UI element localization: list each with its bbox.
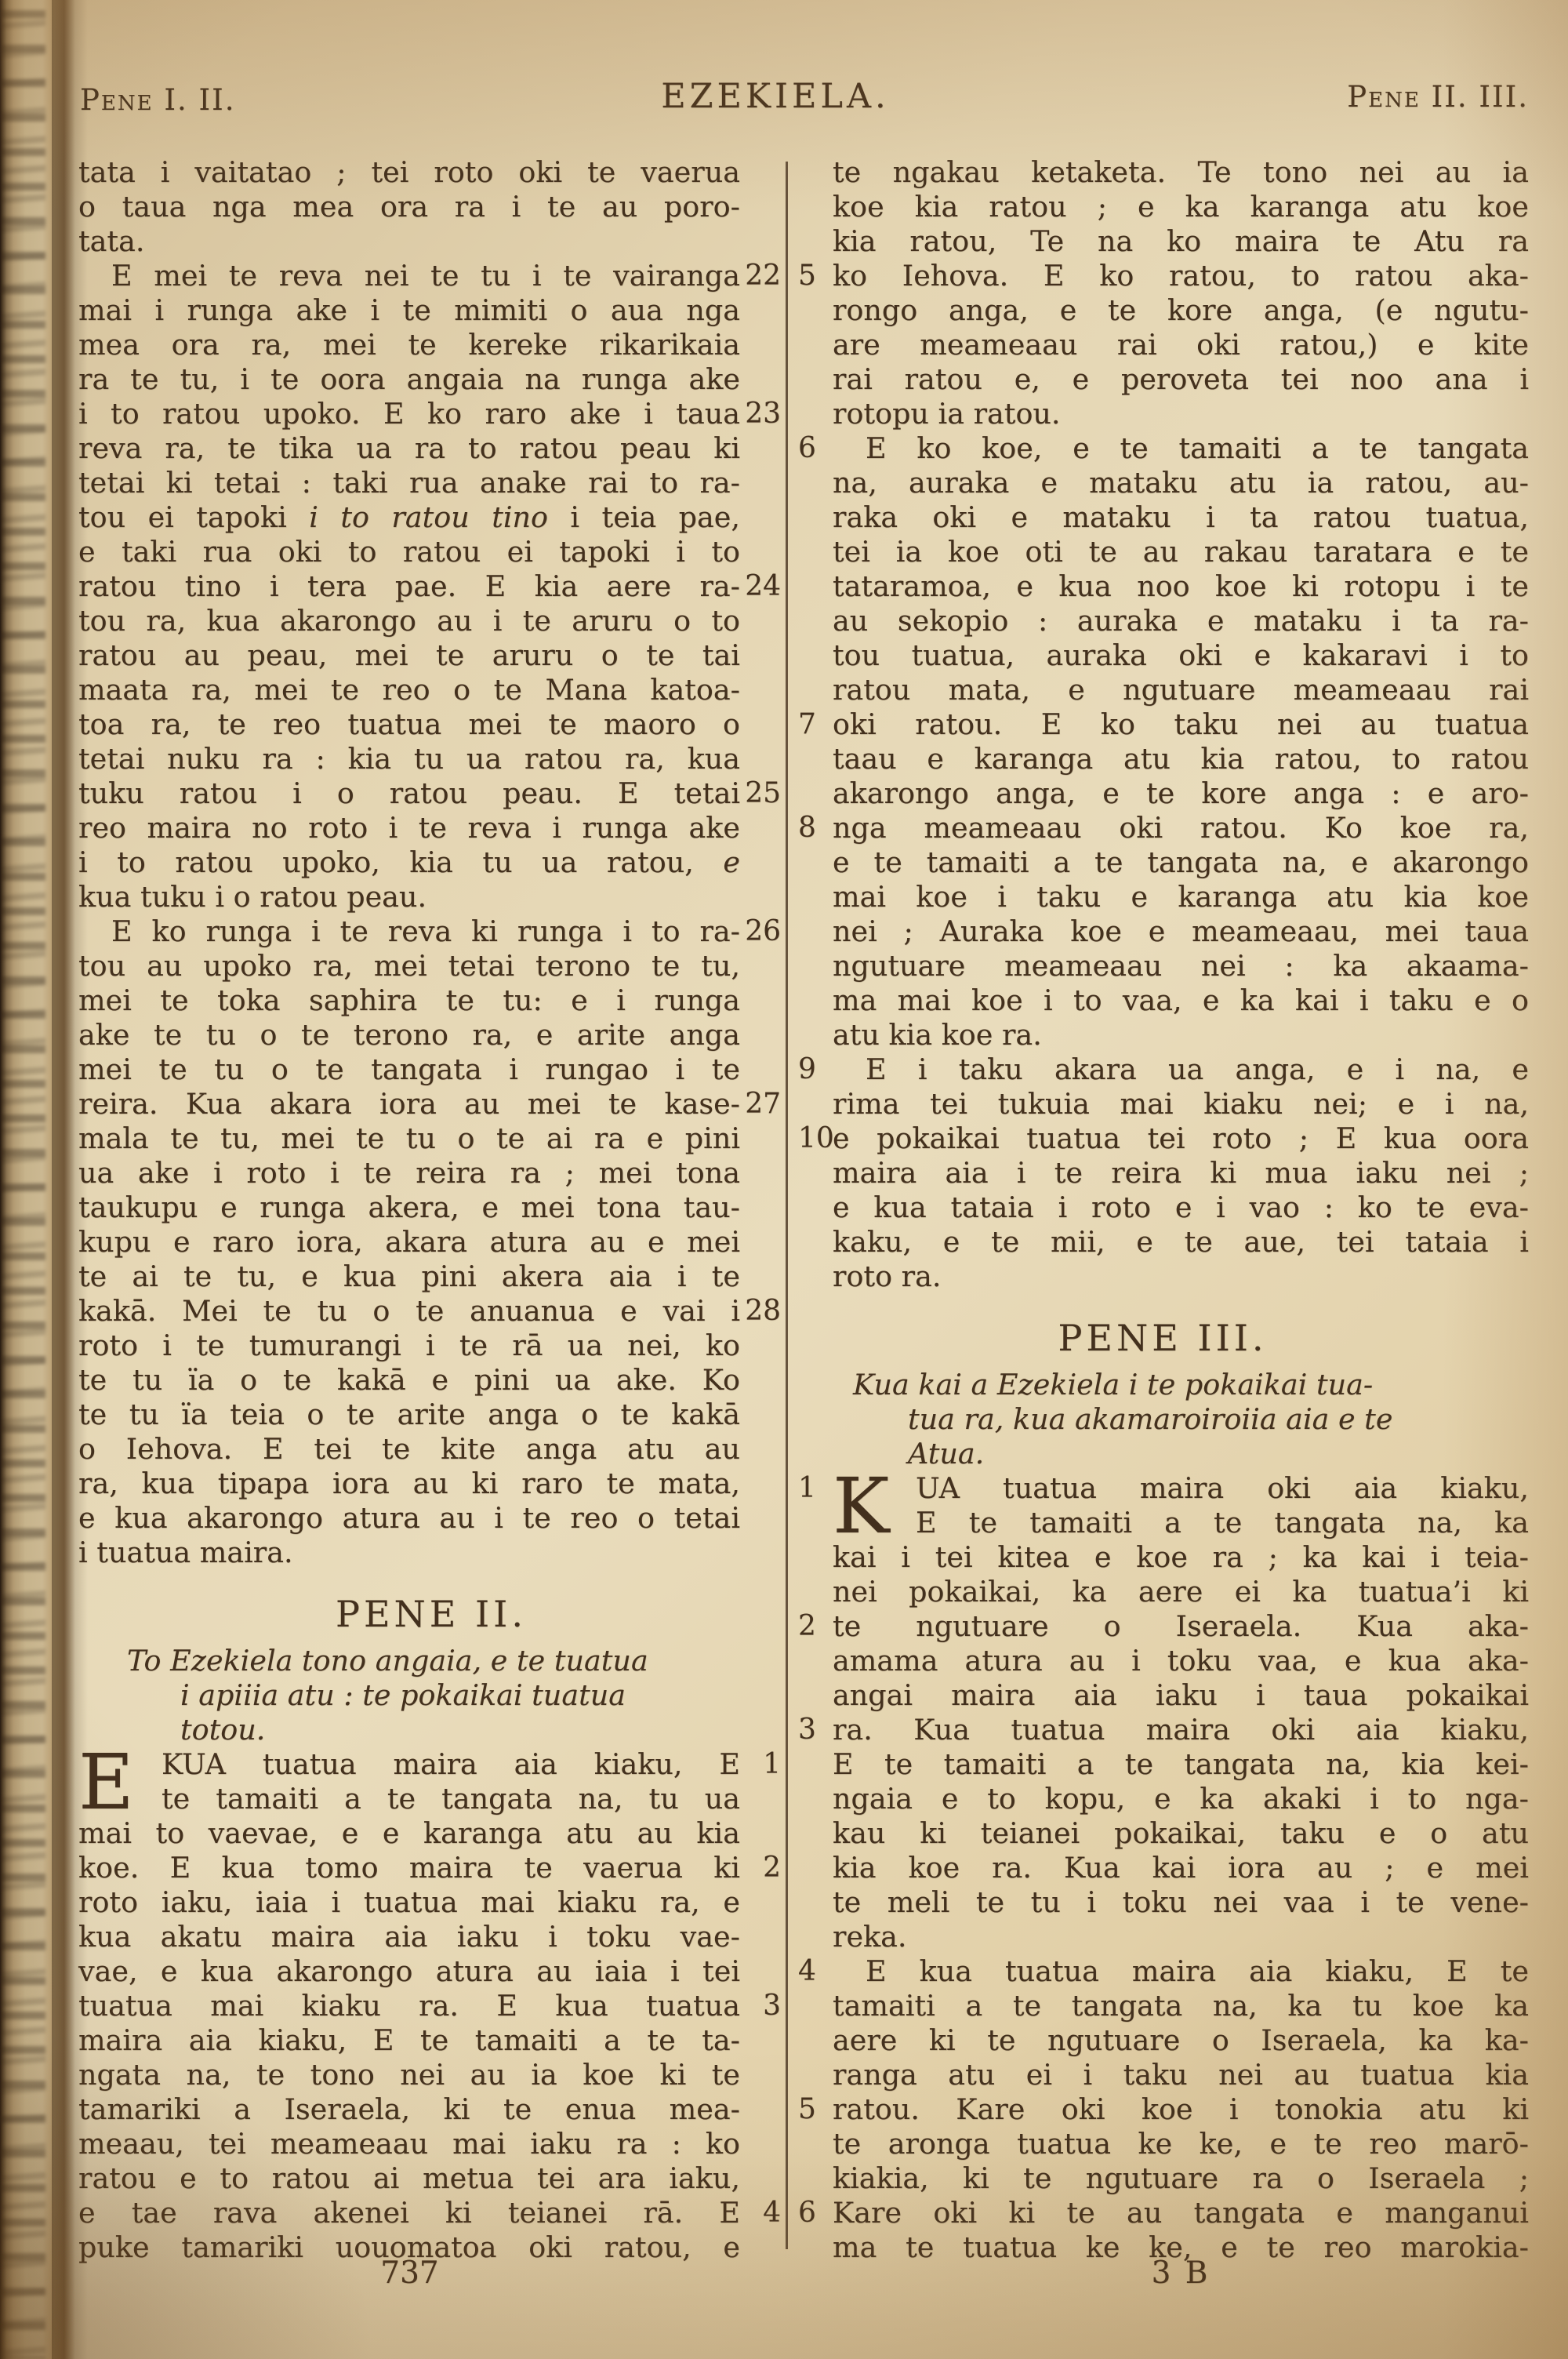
chapter-summary-line: tua ra, kua akamaroiroiia aia e te: [797, 1402, 1529, 1437]
running-head-right: Pene II. III.: [1347, 80, 1529, 114]
text-line: are meameaau rai oki ratou,) e kite: [797, 328, 1529, 362]
text-line: tou ei tapoki i to ratou tino i teia pae…: [78, 500, 784, 535]
text-line: rongo anga, e te kore anga, (e ngutu-: [797, 293, 1529, 328]
previous-page-text-blur: [0, 0, 45, 2359]
text-line: UA tuatua maira oki aia kiaku,1K: [797, 1471, 1529, 1506]
verse-number: 3: [798, 1713, 816, 1747]
text-line: kia ratou, Te na ko maira te Atu ra: [797, 224, 1529, 259]
text-line: ratou tino i tera pae. E kia aere ra-24: [78, 569, 784, 604]
verse-number: 27: [745, 1087, 781, 1121]
text-line: kakā. Mei te tu o te anuanua e vai i28: [78, 1294, 784, 1329]
text-line: kua akatu maira aia iaku i toku vae-: [78, 1920, 784, 1954]
text-line: reo maira no roto i te reva i runga ake: [78, 811, 784, 845]
text-line: raka oki e mataku i ta ratou tuatua,: [797, 500, 1529, 535]
verse-number: 1: [763, 1747, 781, 1782]
text-line: mala te tu, mei te tu o te ai ra e pini: [78, 1121, 784, 1156]
text-line: o Iehova. E tei te kite anga atu au: [78, 1432, 784, 1467]
verse-number: 2: [763, 1851, 781, 1885]
text-line: te ngakau ketaketa. Te tono nei au ia: [797, 155, 1529, 190]
verse-number: 9: [798, 1052, 816, 1087]
text-line: tetai nuku ra : kia tu ua ratou ra, kua: [78, 742, 784, 776]
text-line: te tu ïa o te kakā e pini ua ake. Ko: [78, 1363, 784, 1398]
chapter-summary-line: To Ezekiela tono angaia, e te tuatua: [78, 1644, 784, 1678]
text-line: E i taku akara ua anga, e i na, e9: [797, 1052, 1529, 1087]
verse-number: 28: [745, 1294, 781, 1329]
text-line: te ai te tu, e kua pini akera aia i te: [78, 1259, 784, 1294]
text-line: e te tamaiti a te tangata na, e akarongo: [797, 845, 1529, 880]
text-line: reira. Kua akara iora au mei te kase-27: [78, 1087, 784, 1121]
text-line: vae, e kua akarongo atura au iaia i tei: [78, 1954, 784, 1989]
verse-number: 24: [745, 569, 781, 604]
text-line: meaau, tei meameaau mai iaku ra : ko: [78, 2127, 784, 2161]
text-line: tata i vaitatao ; tei roto oki te vaerua: [78, 155, 784, 190]
chapter-summary-line: Atua.: [797, 1437, 1529, 1471]
text-line: e taki rua oki to ratou ei tapoki i to: [78, 535, 784, 569]
text-line: atu kia koe ra.: [797, 1018, 1529, 1052]
text-line: E te tamaiti a te tangata na, ka: [797, 1506, 1529, 1540]
text-line: ngata na, te tono nei au ia koe ki te: [78, 2058, 784, 2092]
text-line: mai i runga ake i te mimiti o aua nga: [78, 293, 784, 328]
text-line: rotopu ia ratou.: [797, 397, 1529, 431]
text-line: maira aia kiaku, E te tamaiti a te ta-: [78, 2023, 784, 2058]
text-line: mai koe i taku e karanga atu kia koe: [797, 880, 1529, 914]
verse-number: 7: [798, 707, 816, 742]
text-line: E mei te reva nei te tu i te vairanga22: [78, 259, 784, 293]
text-line: te aronga tuatua ke ke, e te reo marō-: [797, 2127, 1529, 2161]
text-line: nei ; Auraka koe e meameaau, mei taua: [797, 914, 1529, 949]
text-line: E te tamaiti a te tangata na, kia kei-: [797, 1747, 1529, 1782]
text-line: roto ra.: [797, 1259, 1529, 1294]
chapter-summary-line: i apiiia atu : te pokaikai tuatua: [78, 1678, 784, 1713]
signature-mark: 3 B: [833, 2255, 1529, 2291]
chapter-heading: PENE III.: [797, 1307, 1529, 1361]
text-line: au sekopio : auraka e mataku i ta ra-: [797, 604, 1529, 638]
text-line: E ko koe, e te tamaiti a te tangata6: [797, 431, 1529, 466]
verse-number: 22: [745, 259, 781, 293]
verse-number: 5: [798, 2092, 816, 2127]
verse-number: 26: [745, 914, 781, 949]
text-line: ko Iehova. E ko ratou, to ratou aka-5: [797, 259, 1529, 293]
chapter-heading: PENE II.: [78, 1583, 784, 1637]
column-divider-rule: [786, 162, 788, 2249]
verse-number: 10: [798, 1121, 834, 1156]
text-line: mei te tu o te tangata i rungao i te: [78, 1052, 784, 1087]
text-line: E ko runga i te reva ki runga i to ra-26: [78, 914, 784, 949]
text-line: ratou au peau, mei te aruru o te tai: [78, 638, 784, 673]
text-line: reka.: [797, 1920, 1529, 1954]
text-line: ra, kua tipapa iora au ki raro te mata,: [78, 1467, 784, 1501]
text-line: kau ki teianei pokaikai, taku e o atu: [797, 1816, 1529, 1851]
text-line: koe kia ratou ; e ka karanga atu koe: [797, 190, 1529, 224]
chapter-summary-line: Kua kai a Ezekiela i te pokaikai tua-: [797, 1368, 1529, 1402]
text-line: Kare oki ki te au tangata e manganui6: [797, 2196, 1529, 2230]
text-line: maira aia i te reira ki mua iaku nei ;: [797, 1156, 1529, 1190]
text-line: taau e karanga atu kia ratou, to ratou: [797, 742, 1529, 776]
text-line: tou au upoko ra, mei tetai terono te tu,: [78, 949, 784, 983]
text-line: KUA tuatua maira aia kiaku, E1E: [78, 1747, 784, 1782]
text-line: tamariki a Iseraela, ki te enua mea-: [78, 2092, 784, 2127]
text-line: nga meameaau oki ratou. Ko koe ra,8: [797, 811, 1529, 845]
text-line: e tae rava akenei ki teianei rā. E4: [78, 2196, 784, 2230]
text-line: ake te tu o te terono ra, e arite anga: [78, 1018, 784, 1052]
text-line: roto i te tumurangi i te rā ua nei, ko: [78, 1329, 784, 1363]
text-line: maata ra, mei te reo o te Mana katoa-: [78, 673, 784, 707]
text-line: e kua tataia i roto e i vao : ko te eva-: [797, 1190, 1529, 1225]
text-line: tamaiti a te tangata na, ka tu koe ka: [797, 1989, 1529, 2023]
verse-number: 6: [798, 2196, 816, 2230]
text-line: kua tuku i o ratou peau.: [78, 880, 784, 914]
right-text-column: te ngakau ketaketa. Te tono nei au iakoe…: [797, 155, 1529, 2265]
text-line: tataramoa, e kua noo koe ki rotopu i te: [797, 569, 1529, 604]
text-line: te ngutuare o Iseraela. Kua aka-2: [797, 1609, 1529, 1644]
text-line: taukupu e runga akera, e mei tona tau-: [78, 1190, 784, 1225]
verse-number: 3: [763, 1989, 781, 2023]
verse-number: 23: [745, 397, 781, 431]
text-line: rai ratou e, e peroveta tei noo ana i: [797, 362, 1529, 397]
text-line: oki ratou. E ko taku nei au tuatua7: [797, 707, 1529, 742]
text-line: te tu ïa teia o te arite anga o te kakā: [78, 1398, 784, 1432]
verse-number: 1: [798, 1471, 816, 1506]
text-line: ma mai koe i to vaa, e ka kai i taku e o: [797, 983, 1529, 1018]
text-line: te tamaiti a te tangata na, tu ua: [78, 1782, 784, 1816]
text-line: tou tuatua, auraka oki e kakaravi i to: [797, 638, 1529, 673]
text-line: mea ora ra, mei te kereke rikarikaia: [78, 328, 784, 362]
text-line: kia koe ra. Kua kai iora au ; e mei: [797, 1851, 1529, 1885]
text-line: ngutuare meameaau nei : ka akaama-: [797, 949, 1529, 983]
text-line: angai maira aia iaku i taua pokaikai: [797, 1678, 1529, 1713]
text-line: te meli te tu i toku nei vaa i te vene-: [797, 1885, 1529, 1920]
text-line: akarongo anga, e te kore anga : e aro-: [797, 776, 1529, 811]
text-line: i tuatua maira.: [78, 1536, 784, 1570]
verse-number: 25: [745, 776, 781, 811]
text-line: o taua nga mea ora ra i te au poro-: [78, 190, 784, 224]
text-line: ra. Kua tuatua maira oki aia kiaku,3: [797, 1713, 1529, 1747]
text-line: amama atura au i toku vaa, e kua aka-: [797, 1644, 1529, 1678]
text-line: i to ratou upoko, kia tu ua ratou, e: [78, 845, 784, 880]
verse-number: 8: [798, 811, 816, 845]
text-line: tei ia koe oti te au rakau taratara e te: [797, 535, 1529, 569]
text-line: ngaia e to kopu, e ka akaki i to nga-: [797, 1782, 1529, 1816]
running-head: Pene I. II. EZEKIELA. Pene II. III.: [78, 74, 1529, 121]
text-line: tetai ki tetai : taki rua anake rai to r…: [78, 466, 784, 500]
text-line: reva ra, te tika ua ra to ratou peau ki: [78, 431, 784, 466]
text-line: kiakia, ki te ngutuare ra o Iseraela ;: [797, 2161, 1529, 2196]
text-line: ratou mata, e ngutuare meameaau rai: [797, 673, 1529, 707]
text-line: tata.: [78, 224, 784, 259]
text-line: e pokaikai tuatua tei roto ; E kua oora1…: [797, 1121, 1529, 1156]
text-line: E kua tuatua maira aia kiaku, E te4: [797, 1954, 1529, 1989]
verse-number: 4: [763, 2196, 781, 2230]
text-line: i to ratou upoko. E ko raro ake i taua23: [78, 397, 784, 431]
text-line: ra te tu, i te oora angaia na runga ake: [78, 362, 784, 397]
chapter-summary-line: totou.: [78, 1713, 784, 1747]
text-line: ratou e to ratou ai metua tei ara iaku,: [78, 2161, 784, 2196]
text-line: roto iaku, iaia i tuatua mai kiaku ra, e: [78, 1885, 784, 1920]
text-line: toa ra, te reo tuatua mei te maoro o: [78, 707, 784, 742]
text-line: aere ki te ngutuare o Iseraela, ka ka-: [797, 2023, 1529, 2058]
text-line: na, auraka e mataku atu ia ratou, au-: [797, 466, 1529, 500]
text-line: rima tei tukuia mai kiaku nei; e i na,: [797, 1087, 1529, 1121]
text-line: nei pokaikai, ka aere ei ka tuatua’i ki: [797, 1575, 1529, 1609]
text-line: mei te toka saphira te tu: e i runga: [78, 983, 784, 1018]
verse-number: 6: [798, 431, 816, 466]
text-line: tuku ratou i o ratou peau. E tetai25: [78, 776, 784, 811]
scanned-book-page: Pene I. II. EZEKIELA. Pene II. III. tata…: [0, 0, 1568, 2359]
text-line: koe. E kua tomo maira te vaerua ki2: [78, 1851, 784, 1885]
text-line: ratou. Kare oki koe i tonokia atu ki5: [797, 2092, 1529, 2127]
text-line: ranga atu ei i taku nei au tuatua kia: [797, 2058, 1529, 2092]
text-line: kai i tei kitea e koe ra ; ka kai i teia…: [797, 1540, 1529, 1575]
verse-number: 4: [798, 1954, 816, 1989]
verse-number: 2: [798, 1609, 816, 1644]
running-head-title: EZEKIELA.: [78, 77, 1472, 116]
text-line: e kua akarongo atura au i te reo o tetai: [78, 1501, 784, 1536]
text-line: kupu e raro iora, akara atura au e mei: [78, 1225, 784, 1259]
text-line: tou ra, kua akarongo au i te aruru o to: [78, 604, 784, 638]
verse-number: 5: [798, 259, 816, 293]
text-line: ua ake i roto i te reira ra ; mei tona: [78, 1156, 784, 1190]
left-text-column: tata i vaitatao ; tei roto oki te vaerua…: [78, 155, 784, 2265]
page-number: 737: [78, 2255, 741, 2291]
text-line: kaku, e te mii, e te aue, tei tataia i: [797, 1225, 1529, 1259]
text-line: mai to vaevae, e e karanga atu au kia: [78, 1816, 784, 1851]
text-line: tuatua mai kiaku ra. E kua tuatua3: [78, 1989, 784, 2023]
